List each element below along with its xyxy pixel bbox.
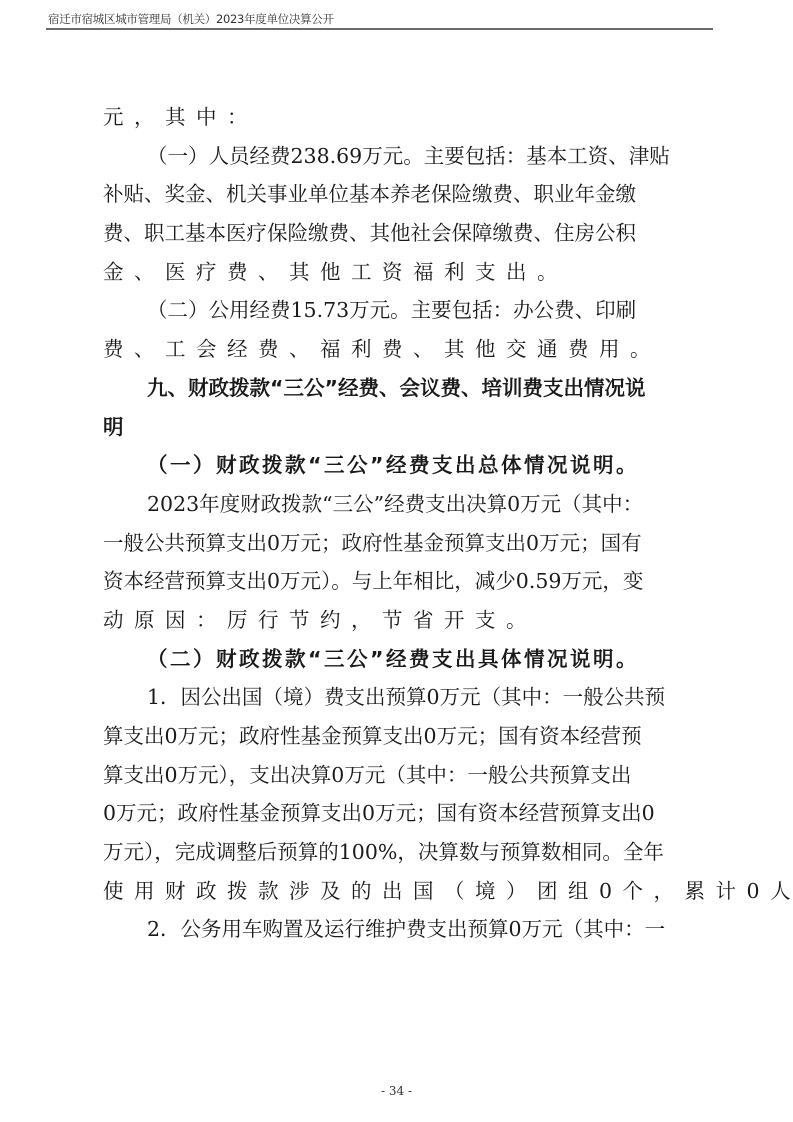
text-line: 动原因：厉行节约，节省开支。 <box>103 601 693 640</box>
text-line: 算支出0万元），支出决算0万元（其中：一般公共预算支出 <box>103 756 693 795</box>
paragraph-overall: 2023年度财政拨款“三公”经费支出决算0万元（其中： <box>103 485 693 524</box>
text-line: 金、医疗费、其他工资福利支出。 <box>103 253 693 292</box>
section-heading-nine: 九、财政拨款“三公”经费、会议费、培训费支出情况说 <box>103 369 693 408</box>
text-line: 补贴、奖金、机关事业单位基本养老保险缴费、职业年金缴 <box>103 175 693 214</box>
text-line: 万元），完成调整后预算的100%，决算数与预算数相同。全年 <box>103 833 693 872</box>
text-line: 一般公共预算支出0万元；政府性基金预算支出0万元；国有 <box>103 524 693 563</box>
document-body: 元，其中： （一）人员经费238.69万元。主要包括：基本工资、津贴 补贴、奖金… <box>103 98 693 949</box>
text-line: 使用财政拨款涉及的出国（境）团组0个，累计0人次。 <box>103 872 693 911</box>
paragraph-personnel-expenses: （一）人员经费238.69万元。主要包括：基本工资、津贴 <box>103 137 693 176</box>
subheading-overall: （一）财政拨款“三公”经费支出总体情况说明。 <box>103 446 693 485</box>
paragraph-official-vehicles: 2．公务用车购置及运行维护费支出预算0万元（其中：一 <box>103 910 693 949</box>
page-number: - 34 - <box>0 1084 793 1098</box>
paragraph-public-expenses: （二）公用经费15.73万元。主要包括：办公费、印刷 <box>103 291 693 330</box>
header-title: 宿迁市宿城区城市管理局（机关）2023年度单位决算公开 <box>48 11 334 27</box>
text-line: 算支出0万元；政府性基金预算支出0万元；国有资本经营预 <box>103 717 693 756</box>
subheading-specific: （二）财政拨款“三公”经费支出具体情况说明。 <box>103 640 693 679</box>
section-heading-nine-cont: 明 <box>103 408 693 447</box>
text-line: 费、职工基本医疗保险缴费、其他社会保障缴费、住房公积 <box>103 214 693 253</box>
text-line: 资本经营预算支出0万元）。与上年相比，减少0.59万元，变 <box>103 562 693 601</box>
text-line: 0万元；政府性基金预算支出0万元；国有资本经营预算支出0 <box>103 794 693 833</box>
text-line: 元，其中： <box>103 98 693 137</box>
page-header: 宿迁市宿城区城市管理局（机关）2023年度单位决算公开 <box>46 8 713 30</box>
text-line: 费、工会经费、福利费、其他交通费用。 <box>103 330 693 369</box>
paragraph-overseas-travel: 1．因公出国（境）费支出预算0万元（其中：一般公共预 <box>103 678 693 717</box>
